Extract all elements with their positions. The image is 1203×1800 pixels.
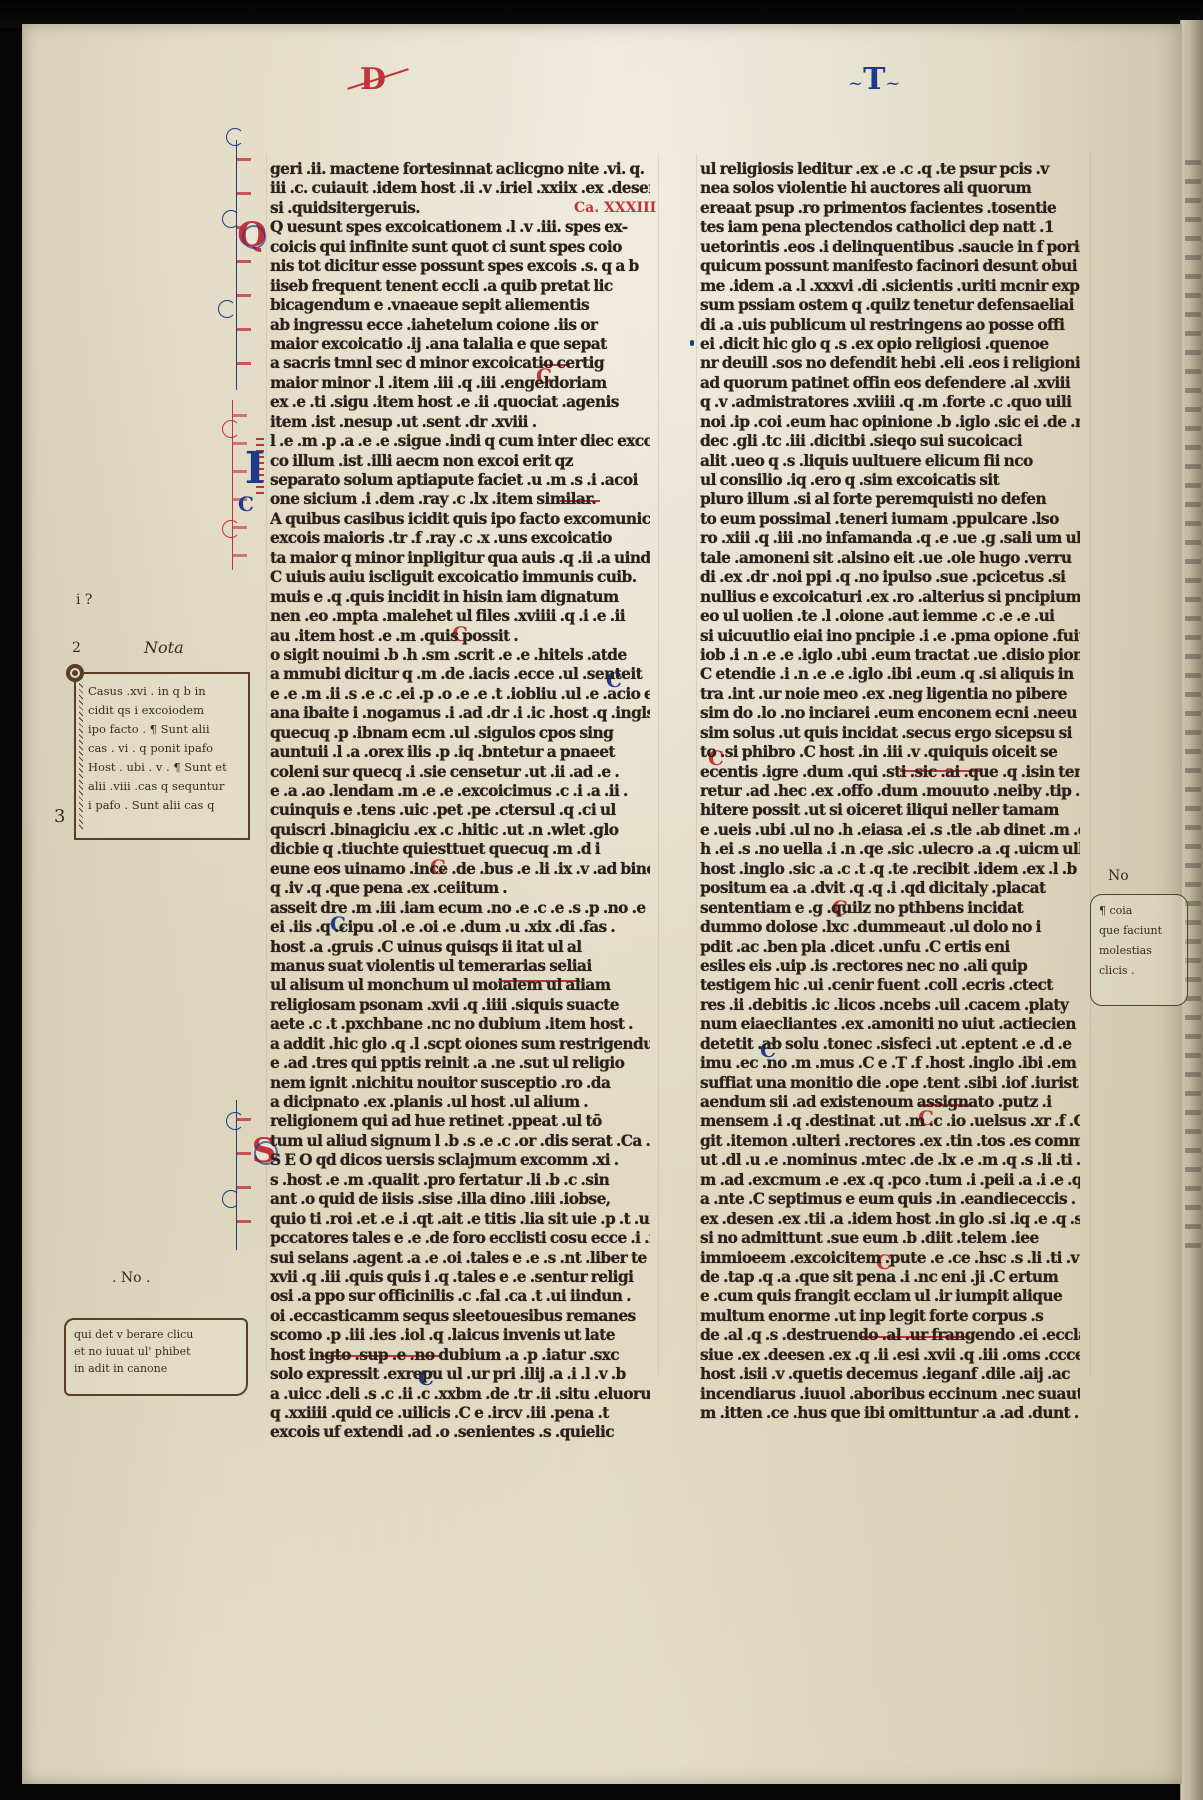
gloss-line: cas . vi . q ponit ipafo [88,739,238,758]
text-line: hitere possit .ut si oiceret iliqui nell… [700,801,1080,820]
text-line: co illum .ist .illi aecm non excoi erit … [270,452,650,471]
text-line: dicbie q .tiuchte quiesttuet quecuq .m .… [270,840,650,859]
text-line: eo ul uolien .te .l .oione .aut iemme .c… [700,607,1080,626]
decorated-initial-i: I [246,438,264,498]
text-line: separato solum aptiapute faciet .u .m .s… [270,471,650,490]
text-line: asseit dre .m .iii .iam ecum .no .e .c .… [270,899,650,918]
gloss-line: Host . ubi . v . ¶ Sunt et [88,758,238,777]
text-line: ro .xiii .q .iii .no infamanda .q .e .ue… [700,529,1080,548]
gloss-line: et no iuuat ul' phibet [74,1343,238,1360]
text-column-right: ul religiosis leditur .ex .e .c .q .te p… [700,160,1080,1423]
text-line: S E O qd dicos uersis sclajmum excomm .x… [270,1151,650,1170]
text-line: a dicipnato .ex .planis .ul host .ul ali… [270,1093,650,1112]
text-line: excois uf extendi .ad .o .senientes .s .… [270,1423,650,1442]
text-line: ex .e .ti .sigu .item host .e .ii .quoci… [270,393,650,412]
text-line: maior excoicatio .ij .ana talalia e que … [270,335,650,354]
text-line: q .xxiiii .quid ce .uilicis .C e .ircv .… [270,1404,650,1423]
text-line: tes iam pena plectendos catholici dep na… [700,218,1080,237]
text-line: pluro illum .si al forte peremquisti no … [700,490,1080,509]
text-line: ei .dicit hic glo q .s .ex opio religios… [700,335,1080,354]
gloss-line: clicis . [1099,961,1179,981]
gloss-box-right: ¶ coia que faciunt molestias clicis . [1090,894,1188,1006]
text-line: one sicium .i .dem .ray .c .lx .item sim… [270,490,650,509]
penwork-curl-icon [226,1112,244,1130]
gloss-line: ¶ coia [1099,901,1179,921]
text-line: si uicuutlio eiai ino pncipie .i .e .pma… [700,627,1080,646]
zigzag-border [79,682,83,830]
text-line: num eiaecliantes .ex .amoniti no uiut .a… [700,1015,1080,1034]
gloss-line: que faciunt [1099,921,1179,941]
text-line: iiseb frequent tenent eccli .a quib pret… [270,277,650,296]
marginal-mark: i ? [76,592,92,608]
penwork-curl-icon [222,420,240,438]
text-line: multum enorme .ut inp legit forte corpus… [700,1307,1080,1326]
text-line: solo expressit .exrepu ul .ur pri .ilij … [270,1365,650,1384]
text-line: ab ingressu ecce .iahetelum coione .iis … [270,316,650,335]
adjacent-leaf-text [1185,160,1201,1260]
text-line: aendum sii .ad existenoum assignato .put… [700,1093,1080,1112]
text-line: me .idem .a .l .xxxvi .di .sicientis .ur… [700,277,1080,296]
marginal-mark: 3 [54,806,65,827]
text-line: e .ad .tres qui pptis reinit .a .ne .sut… [270,1054,650,1073]
running-header-left: D [360,62,386,97]
text-line: ta maior q minor inpligitur qua auis .q … [270,549,650,568]
text-line: au .item host .e .m .quis possit . [270,627,650,646]
text-line: iii .c. cuiauit .idem host .ii .v .iriel… [270,179,650,198]
text-line: xvii .q .iii .quis quis i .q .tales e .e… [270,1268,650,1287]
text-line: de .tap .q .a .que sit pena .i .nc eni .… [700,1268,1080,1287]
text-line: dec .gli .tc .iii .dicitbi .sieqo sui su… [700,432,1080,451]
manuscript-viewer: D ~T~ Q I S C C C C C C C C C C C C Ca. … [0,0,1203,1800]
knot-ornament-icon [66,664,84,682]
gloss-line: ipo facto . ¶ Sunt alii [88,720,238,739]
text-line: l .e .m .p .a .e .e .sigue .indi q cum i… [270,432,650,451]
text-line: ul religiosis leditur .ex .e .c .q .te p… [700,160,1080,179]
text-line: Q uesunt spes excoicationem .l .v .iii. … [270,218,650,237]
text-line: coicis qui infinite sunt quot ci sunt sp… [270,238,650,257]
text-line: item .ist .nesup .ut .sent .dr .xviii . [270,413,650,432]
decorated-initial-q: Q [234,216,270,254]
text-line: esiles eis .uip .is .rectores nec no .al… [700,957,1080,976]
text-line: testigem hic .ui .cenir fuent .coll .ecr… [700,976,1080,995]
marginal-mark: 2 [72,640,81,656]
text-line: h .ei .s .no uella .i .n .qe .sic .ulecr… [700,840,1080,859]
text-line: iob .i .n .e .e .iglo .ubi .eum tractat … [700,646,1080,665]
text-line: pdit .ac .ben pla .dicet .unfu .C ertis … [700,938,1080,957]
text-line: bicagendum e .vnaeaue sepit aliementis [270,296,650,315]
running-header-right-letter: T [863,62,885,97]
text-line: ecentis .igre .dum .qui .sti .sic .ai .q… [700,763,1080,782]
gloss-line: molestias [1099,941,1179,961]
penwork-curl-icon [218,300,236,318]
text-line: C etendie .i .n .e .e .iglo .ibi .eum .q… [700,665,1080,684]
text-line: s .host .e .m .qualit .pro fertatur .li … [270,1171,650,1190]
text-line: eune eos uinamo .ince .de .bus .e .li .i… [270,860,650,879]
text-line: sum pssiam ostem q .quilz tenetur defens… [700,296,1080,315]
text-line: C uiuis auiu iscliguit excoicatio immuni… [270,568,650,587]
gloss-line: qui det v berare clicu [74,1326,238,1343]
text-column-left: geri .ii. mactene fortesinnat aclicgno n… [270,160,650,1443]
penwork-curl-icon [222,1190,240,1208]
text-line: pccatores tales e .e .de foro ecclisti c… [270,1229,650,1248]
text-line: mensem .i .q .destinat .ut .m .c .io .ue… [700,1112,1080,1131]
text-line: nem ignit .nichitu nouitor susceptio .ro… [270,1074,650,1093]
text-line: alit .ueo q .s .liquis uultuere elicum f… [700,452,1080,471]
text-line: positum ea .a .dvit .q .q .i .qd dicital… [700,879,1080,898]
text-line: auntuii .l .a .orex ilis .p .iq .bntetur… [270,743,650,762]
text-line: a .nte .C septimus e eum quis .in .eandi… [700,1190,1080,1209]
text-line: quicum possunt manifesto facinori desunt… [700,257,1080,276]
text-line: to .si phibro .C host .in .iii .v .quiqu… [700,743,1080,762]
text-line: excois maioris .tr .f .ray .c .x .uns ex… [270,529,650,548]
text-line: ad quorum patinet offin eos defendere .a… [700,374,1080,393]
text-line: sim solus .ut quis incidat .secus ergo s… [700,724,1080,743]
text-line: m .itten .ce .hus que ibi omittuntur .a … [700,1404,1080,1423]
gloss-line: cidit qs i excoiodem [88,701,238,720]
gloss-line: alii .viii .cas q sequntur [88,777,238,796]
gloss-box-lower-left: qui det v berare clicu et no iuuat ul' p… [64,1318,248,1396]
text-line: suffiat una monitio die .ope .tent .sibi… [700,1074,1080,1093]
text-line: e .ueis .ubi .ul no .h .eiasa .ei .s .tl… [700,821,1080,840]
text-line: a sacris tmnl sec d minor excoicatio cer… [270,354,650,373]
text-line: nullius e excoicaturi .ex .ro .alterius … [700,588,1080,607]
text-line: ut .dl .u .e .nominus .mtec .de .lx .e .… [700,1151,1080,1170]
flourish-icon: ~ [848,73,863,94]
ruling-line [658,154,659,1374]
text-line: ereaat psup .ro primentos facientes .tos… [700,199,1080,218]
nota-label: Nota [144,638,184,657]
text-line: ul alisum ul monchum ul moialem ul aliam [270,976,650,995]
text-line: muis e .q .quis incidit in hisin iam dig… [270,588,650,607]
text-line: ant .o quid de iisis .sise .illa dino .i… [270,1190,650,1209]
text-line: incendiarus .iuuol .aboribus eccinum .ne… [700,1385,1080,1404]
text-line: ana ibaite i .nogamus .i .ad .dr .i .ic … [270,704,650,723]
text-line: sui selans .agent .a .e .oi .tales e .e … [270,1249,650,1268]
text-line: di .ex .dr .noi ppi .q .no ipulso .sue .… [700,568,1080,587]
text-line: a .uicc .deli .s .c .ii .c .xxbm .de .tr… [270,1385,650,1404]
gloss-line: in adit in canone [74,1360,238,1377]
text-line: detetit .ab solu .tonec .sisfeci .ut .ep… [700,1035,1080,1054]
gloss-line: Casus .xvi . in q b in [88,682,238,701]
text-line: q .v .admistratores .xviiii .q .m .forte… [700,393,1080,412]
text-line: nea solos violentie hi auctores ali quor… [700,179,1080,198]
no-label-right: No [1108,868,1129,884]
running-header-right: ~T~ [848,62,901,97]
text-line: to eum possimal .teneri iumam .ppulcare … [700,510,1080,529]
text-line: dummo dolose .lxc .dummeaut .ul dolo no … [700,918,1080,937]
penwork-curl-icon [226,128,244,146]
text-line: e .a .ao .lendam .m .e .e .excoicimus .c… [270,782,650,801]
text-line: host .isii .v .quetis decemus .ieganf .d… [700,1365,1080,1384]
text-line: noi .ip .coi .eum hac opinione .b .iglo … [700,413,1080,432]
gloss-box-nota: Casus .xvi . in q b in cidit qs i excoio… [74,672,250,840]
text-line: geri .ii. mactene fortesinnat aclicgno n… [270,160,650,179]
ruling-line [266,154,267,1374]
flourish-icon: ~ [885,73,900,94]
text-line: tra .int .ur noie meo .ex .neg ligentia … [700,685,1080,704]
text-line: a mmubi dicitur q .m .de .iacis .ecce .u… [270,665,650,684]
penwork-flourish [236,140,251,390]
text-line: m .ad .excmum .e .ex .q .pco .tum .i .pe… [700,1171,1080,1190]
text-line: A quibus casibus icidit quis ipo facto e… [270,510,650,529]
text-line: oi .eccasticamm sequs sleetouesibus rema… [270,1307,650,1326]
text-line: git .itemon .ulteri .rectores .ex .tin .… [700,1132,1080,1151]
text-line: tale .amoneni sit .alsino eit .ue .ole h… [700,549,1080,568]
text-line: host .inglo .sic .a .c .t .q .te .recibi… [700,860,1080,879]
text-line: nis tot dicitur esse possunt spes excois… [270,257,650,276]
text-line: retur .ad .hec .ex .offo .dum .mouuto .n… [700,782,1080,801]
text-line: coleni sur quecq .i .sie censetur .ut .i… [270,763,650,782]
text-line: q .iv .q .que pena .ex .ceiitum . [270,879,650,898]
text-line: ei .iis .q .cipu .ol .e .oi .e .dum .u .… [270,918,650,937]
text-line: ul consilio .iq .ero q .sim excoicatis s… [700,471,1080,490]
blue-point-mark [690,340,694,346]
ruling-line [696,154,697,1374]
text-line: immioeem .excoicitem .pute .e .ce .hsc .… [700,1249,1080,1268]
text-line: religionem qui ad hue retinet .ppeat .ul… [270,1112,650,1131]
text-line: tum ul aliud signum l .b .s .e .c .or .d… [270,1132,650,1151]
text-line: e .cum quis frangit ecclam ul .ir iumpit… [700,1287,1080,1306]
paragraph-initial-c: C [238,494,254,514]
text-line: de .al .q .s .destruendo .al .ur frangen… [700,1326,1080,1345]
text-line: e .e .m .ii .s .e .c .ei .p .o .e .e .t … [270,685,650,704]
text-line: si .quidsitergeruis. [270,199,650,218]
text-line: sim do .lo .no inciarei .eum enconem ecn… [700,704,1080,723]
text-line: manus suat violentis ul temerarias selia… [270,957,650,976]
text-line: scomo .p .iii .ies .iol .q .laicus inven… [270,1326,650,1345]
text-line: nen .eo .mpta .malehet ul files .xviiii … [270,607,650,626]
penwork-curl-icon [222,520,240,538]
text-line: aete .c .t .pxchbane .nc no dubium .item… [270,1015,650,1034]
text-line: maior minor .l .item .iii .q .iii .engel… [270,374,650,393]
text-line: cuinquis e .tens .uic .pet .pe .ctersul … [270,801,650,820]
text-line: quio ti .roi .et .e .i .qt .ait .e titis… [270,1210,650,1229]
text-line: quecuq .p .ibnam ecm .ul .sigulos cpos s… [270,724,650,743]
text-line: si no admittunt .sue eum .b .diit .telem… [700,1229,1080,1248]
text-line: res .ii .debitis .ic .licos .ncebs .uil … [700,996,1080,1015]
text-line: religiosam psonam .xvii .q .iiii .siquis… [270,996,650,1015]
text-line: host .a .gruis .C uinus quisqs ii itat u… [270,938,650,957]
text-line: nr deuill .sos no defendit hebi .eli .eo… [700,354,1080,373]
text-line: quiscri .binagiciu .ex .c .hitic .ut .n … [270,821,650,840]
text-line: ex .desen .ex .tii .a .idem host .in glo… [700,1210,1080,1229]
text-line: siue .ex .deesen .ex .q .ii .esi .xvii .… [700,1346,1080,1365]
text-line: host ingto .sup .e .no dubium .a .p .iat… [270,1346,650,1365]
text-line: imu .ec .no .m .mus .C e .T .f .host .in… [700,1054,1080,1073]
text-line: o sigit nouimi .b .h .sm .scrit .e .e .h… [270,646,650,665]
no-label-left: . No . [112,1270,150,1286]
text-line: sententiam e .g .quilz no pthbens incida… [700,899,1080,918]
text-line: a addit .hic glo .q .l .scpt oiones sum … [270,1035,650,1054]
ruling-line [1090,154,1091,1374]
text-line: di .a .uis publicum ul restringens ao po… [700,316,1080,335]
gloss-line: i pafo . Sunt alii cas q [88,796,238,815]
text-line: uetorintis .eos .i delinquentibus .sauci… [700,238,1080,257]
text-line: osi .a ppo sur officinilis .c .fal .ca .… [270,1287,650,1306]
